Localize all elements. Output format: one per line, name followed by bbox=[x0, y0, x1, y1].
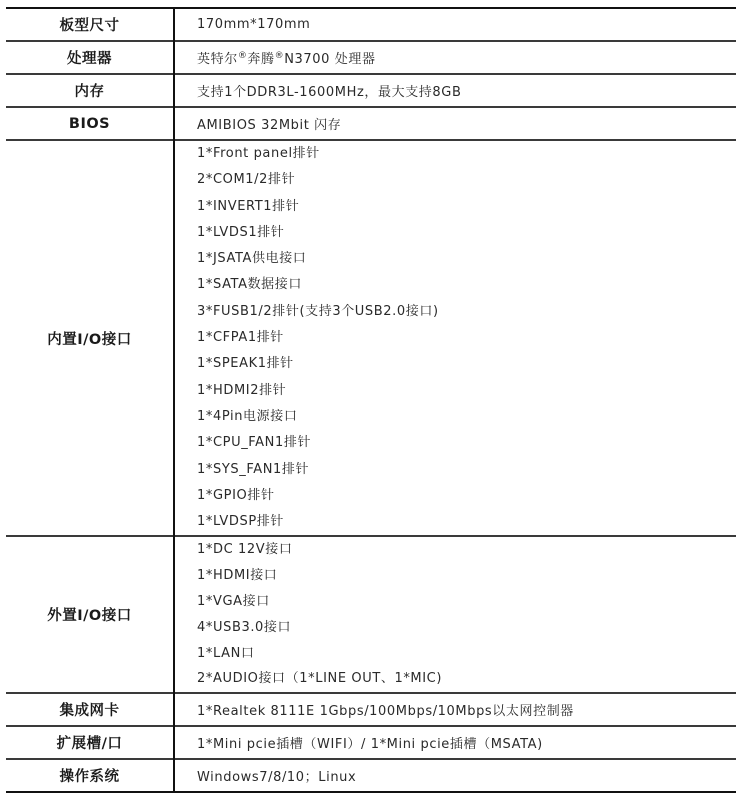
row-external-io: 外置I/O接口 1*DC 12V接口 1*HDMI接口 1*VGA接口 4*US… bbox=[6, 536, 736, 693]
list-item: 1*CPU_FAN1排针 bbox=[197, 430, 736, 456]
row-processor: 处理器 英特尔®奔腾®N3700 处理器 bbox=[6, 41, 736, 74]
value-bios: AMIBIOS 32Mbit 闪存 bbox=[174, 107, 736, 140]
row-expansion: 扩展槽/口 1*Mini pcie插槽（WIFI）/ 1*Mini pcie插槽… bbox=[6, 726, 736, 759]
registered-mark: ® bbox=[238, 51, 248, 61]
list-item: 1*HDMI2排针 bbox=[197, 378, 736, 404]
label-external-io: 外置I/O接口 bbox=[6, 536, 174, 693]
list-item: 1*DC 12V接口 bbox=[197, 537, 736, 563]
row-os: 操作系统 Windows7/8/10；Linux bbox=[6, 759, 736, 792]
row-memory: 内存 支持1个DDR3L-1600MHz，最大支持8GB bbox=[6, 74, 736, 107]
value-processor: 英特尔®奔腾®N3700 处理器 bbox=[174, 41, 736, 74]
list-item: 2*AUDIO接口（1*LINE OUT、1*MIC) bbox=[197, 666, 736, 692]
value-board-size: 170mm*170mm bbox=[174, 8, 736, 41]
list-item: 3*FUSB1/2排针(支持3个USB2.0接口) bbox=[197, 299, 736, 325]
processor-series: 奔腾 bbox=[247, 52, 274, 67]
label-expansion: 扩展槽/口 bbox=[6, 726, 174, 759]
label-processor: 处理器 bbox=[6, 41, 174, 74]
list-item: 1*JSATA供电接口 bbox=[197, 246, 736, 272]
row-bios: BIOS AMIBIOS 32Mbit 闪存 bbox=[6, 107, 736, 140]
value-internal-io: 1*Front panel排针 2*COM1/2排针 1*INVERT1排针 1… bbox=[174, 140, 736, 536]
external-io-list: 1*DC 12V接口 1*HDMI接口 1*VGA接口 4*USB3.0接口 1… bbox=[197, 537, 736, 692]
list-item: 1*GPIO排针 bbox=[197, 483, 736, 509]
spec-table: 板型尺寸 170mm*170mm 处理器 英特尔®奔腾®N3700 处理器 内存… bbox=[6, 7, 736, 793]
list-item: 1*SPEAK1排针 bbox=[197, 351, 736, 377]
list-item: 1*CFPA1排针 bbox=[197, 325, 736, 351]
row-internal-io: 内置I/O接口 1*Front panel排针 2*COM1/2排针 1*INV… bbox=[6, 140, 736, 536]
row-board-size: 板型尺寸 170mm*170mm bbox=[6, 8, 736, 41]
value-memory: 支持1个DDR3L-1600MHz，最大支持8GB bbox=[174, 74, 736, 107]
label-bios: BIOS bbox=[6, 107, 174, 140]
list-item: 1*LAN口 bbox=[197, 641, 736, 667]
list-item: 1*INVERT1排针 bbox=[197, 194, 736, 220]
label-board-size: 板型尺寸 bbox=[6, 8, 174, 41]
processor-brand: 英特尔 bbox=[197, 52, 238, 67]
list-item: 1*LVDSP排针 bbox=[197, 509, 736, 535]
label-internal-io: 内置I/O接口 bbox=[6, 140, 174, 536]
list-item: 1*4Pin电源接口 bbox=[197, 404, 736, 430]
value-expansion: 1*Mini pcie插槽（WIFI）/ 1*Mini pcie插槽（MSATA… bbox=[174, 726, 736, 759]
row-network: 集成网卡 1*Realtek 8111E 1Gbps/100Mbps/10Mbp… bbox=[6, 693, 736, 726]
list-item: 2*COM1/2排针 bbox=[197, 167, 736, 193]
list-item: 4*USB3.0接口 bbox=[197, 615, 736, 641]
list-item: 1*LVDS1排针 bbox=[197, 220, 736, 246]
value-os: Windows7/8/10；Linux bbox=[174, 759, 736, 792]
value-network: 1*Realtek 8111E 1Gbps/100Mbps/10Mbps以太网控… bbox=[174, 693, 736, 726]
label-memory: 内存 bbox=[6, 74, 174, 107]
internal-io-list: 1*Front panel排针 2*COM1/2排针 1*INVERT1排针 1… bbox=[197, 141, 736, 535]
processor-model: N3700 处理器 bbox=[284, 52, 375, 67]
list-item: 1*VGA接口 bbox=[197, 589, 736, 615]
label-network: 集成网卡 bbox=[6, 693, 174, 726]
label-os: 操作系统 bbox=[6, 759, 174, 792]
value-external-io: 1*DC 12V接口 1*HDMI接口 1*VGA接口 4*USB3.0接口 1… bbox=[174, 536, 736, 693]
list-item: 1*SYS_FAN1排针 bbox=[197, 457, 736, 483]
list-item: 1*SATA数据接口 bbox=[197, 272, 736, 298]
list-item: 1*HDMI接口 bbox=[197, 563, 736, 589]
list-item: 1*Front panel排针 bbox=[197, 141, 736, 167]
registered-mark: ® bbox=[275, 51, 285, 61]
